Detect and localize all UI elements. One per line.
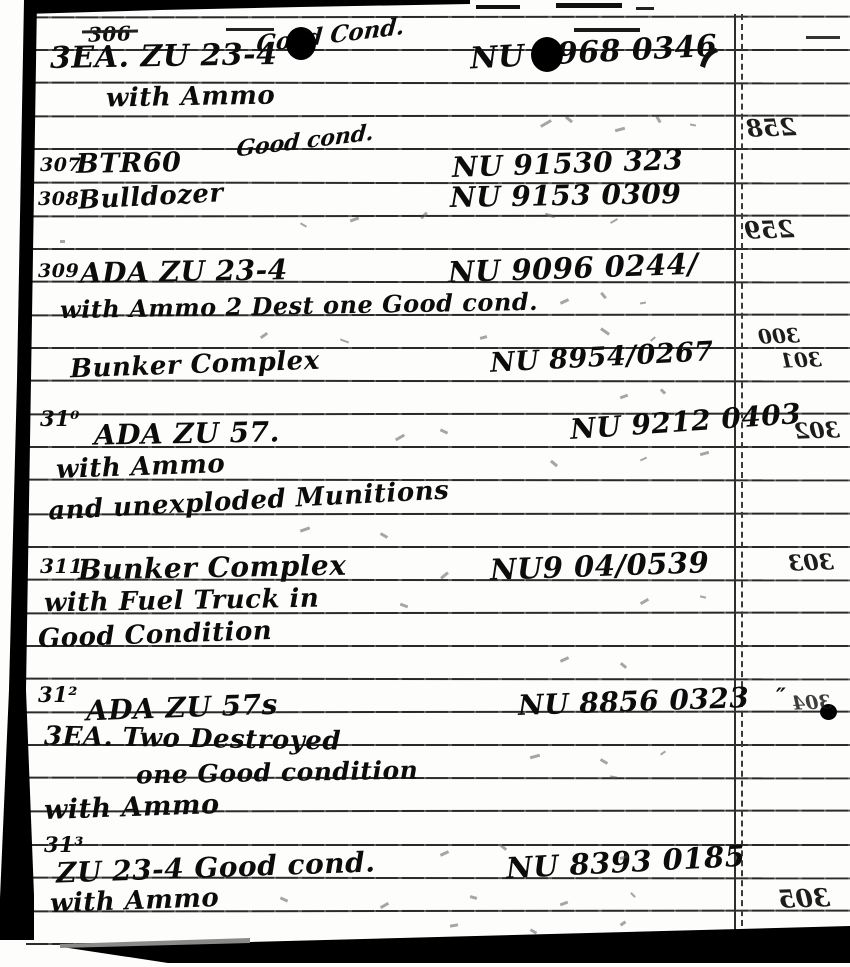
bleedthrough-smudge — [600, 292, 607, 299]
bleedthrough-smudge — [380, 902, 389, 909]
bleedthrough-number: 301 — [780, 349, 822, 370]
bleedthrough-smudge — [620, 662, 627, 669]
bleedthrough-smudge — [700, 451, 709, 456]
bleedthrough-smudge — [640, 598, 649, 605]
bleedthrough-smudge — [380, 532, 388, 539]
margin-vertical-line — [734, 14, 736, 936]
entry-subline: with Ammo 2 Dest one Good cond. — [60, 290, 538, 322]
bleedthrough-smudge — [600, 327, 610, 335]
entry-subline: with Fuel Truck in — [44, 586, 320, 617]
entry-subline: and unexploded Munitions — [48, 478, 450, 525]
entry-number: 308 — [38, 190, 79, 209]
bleedthrough-smudge — [660, 388, 666, 394]
bleedthrough-smudge — [545, 213, 555, 218]
bleedthrough-smudge — [655, 116, 661, 124]
entry-title: BTR60 — [76, 149, 182, 178]
bleedthrough-smudge — [400, 603, 409, 609]
bleedthrough-smudge — [660, 750, 666, 755]
bleedthrough-smudge — [530, 754, 540, 759]
bleedthrough-smudge — [480, 335, 488, 340]
bleedthrough-smudge — [300, 526, 310, 532]
bleedthrough-smudge — [560, 298, 569, 305]
scan-edge-left-strip — [0, 0, 37, 940]
bleedthrough-smudge — [60, 240, 65, 243]
bleedthrough-smudge — [450, 923, 458, 927]
bleedthrough-smudge — [350, 217, 359, 223]
grid-coordinate: NU9 04/0539 — [490, 548, 710, 585]
entry-subline: Good Condition — [38, 618, 273, 652]
entry-number: 309 — [38, 262, 79, 281]
bleedthrough-number: 259 — [744, 217, 795, 243]
bleedthrough-smudge — [620, 921, 627, 927]
bleedthrough-smudge — [610, 218, 618, 224]
bleedthrough-smudge — [550, 460, 558, 467]
bleedthrough-smudge — [395, 434, 405, 442]
ditto-mark: ″ — [776, 686, 786, 708]
bleedthrough-smudge — [470, 895, 478, 900]
bleedthrough-number: 303 — [788, 551, 835, 575]
bleedthrough-number: 302 — [794, 419, 841, 443]
grid-coordinate: NU 9968 0346 — [469, 32, 718, 75]
bleedthrough-smudge — [300, 222, 307, 227]
ruled-line — [26, 546, 850, 548]
entry-title: 3EA. ZU 23-4 — [50, 40, 278, 74]
entry-number: 311 — [40, 556, 83, 576]
entry-subline: with Ammo — [56, 451, 226, 483]
ruled-line — [26, 347, 850, 349]
bleedthrough-smudge — [640, 457, 647, 462]
scanned-notebook-page: { "page": { "entries": [ {"number":"306"… — [0, 0, 850, 967]
entry-number: 31² — [38, 684, 78, 705]
bleedthrough-number: 300 — [758, 325, 800, 346]
entry-subline: with Ammo — [106, 83, 276, 112]
condition-note: Good cond. — [236, 121, 375, 160]
bleedthrough-smudge — [565, 116, 573, 123]
entry-title: ZU 23-4 Good cond. — [56, 848, 376, 887]
entry-number: 31³ — [44, 834, 84, 855]
entry-subline: with Ammo — [44, 791, 220, 824]
bleedthrough-number: 305 — [778, 885, 831, 912]
margin-vertical-line-dashed — [741, 14, 743, 936]
entry-title: ADA ZU 57s — [86, 691, 279, 726]
ink-blob — [531, 37, 563, 72]
entry-title: Bunker Complex — [70, 348, 320, 383]
bleedthrough-smudge — [540, 119, 552, 128]
grid-coordinate: NU 8954/0267 — [489, 338, 714, 377]
bleedthrough-number: 258 — [746, 115, 797, 141]
bleedthrough-smudge — [560, 656, 569, 663]
entry-number: 31⁰ — [40, 408, 80, 429]
entry-title: ADA ZU 23-4 — [80, 256, 288, 288]
entry-title: Bunker Complex — [78, 552, 347, 585]
bleedthrough-smudge — [340, 339, 349, 344]
bleedthrough-smudge — [700, 595, 706, 598]
ink-blob — [286, 27, 316, 60]
entry-title: ADA ZU 57. — [94, 418, 280, 449]
bleedthrough-smudge — [640, 301, 646, 304]
bleedthrough-smudge — [530, 928, 538, 934]
grid-coordinate: NU 8856 0323 — [518, 684, 750, 720]
entry-subline: with Ammo — [50, 885, 220, 917]
bleedthrough-smudge — [690, 123, 696, 126]
grid-coordinate: NU 9153 0309 — [450, 180, 682, 212]
grid-coordinate: NU 9096 0244/ — [448, 250, 699, 288]
bleedthrough-smudge — [260, 332, 268, 339]
bleedthrough-smudge — [615, 127, 625, 132]
entry-title: Bulldozer — [77, 180, 224, 214]
ruled-line — [26, 943, 850, 945]
entry-subline: 3EA. Two Destroyed — [44, 723, 341, 754]
bleedthrough-smudge — [280, 896, 289, 902]
bleedthrough-number: 304 — [792, 693, 832, 713]
bleedthrough-smudge — [440, 428, 449, 434]
bleedthrough-smudge — [630, 892, 636, 898]
ruled-line — [26, 214, 850, 217]
paper-sheet: 306 3EA. ZU 23-4 Good Cond. NU 9968 0346… — [0, 0, 850, 967]
ruled-line — [26, 16, 850, 19]
ruled-line — [26, 115, 850, 118]
grid-coordinate: NU 9212 0403 — [569, 400, 802, 444]
bleedthrough-smudge — [600, 758, 608, 765]
bleedthrough-smudge — [620, 394, 629, 400]
ruled-line — [26, 678, 850, 681]
ruled-line — [26, 248, 850, 250]
entry-subline: one Good condition — [136, 758, 419, 788]
bleedthrough-smudge — [440, 850, 449, 857]
bleedthrough-smudge — [560, 901, 569, 907]
